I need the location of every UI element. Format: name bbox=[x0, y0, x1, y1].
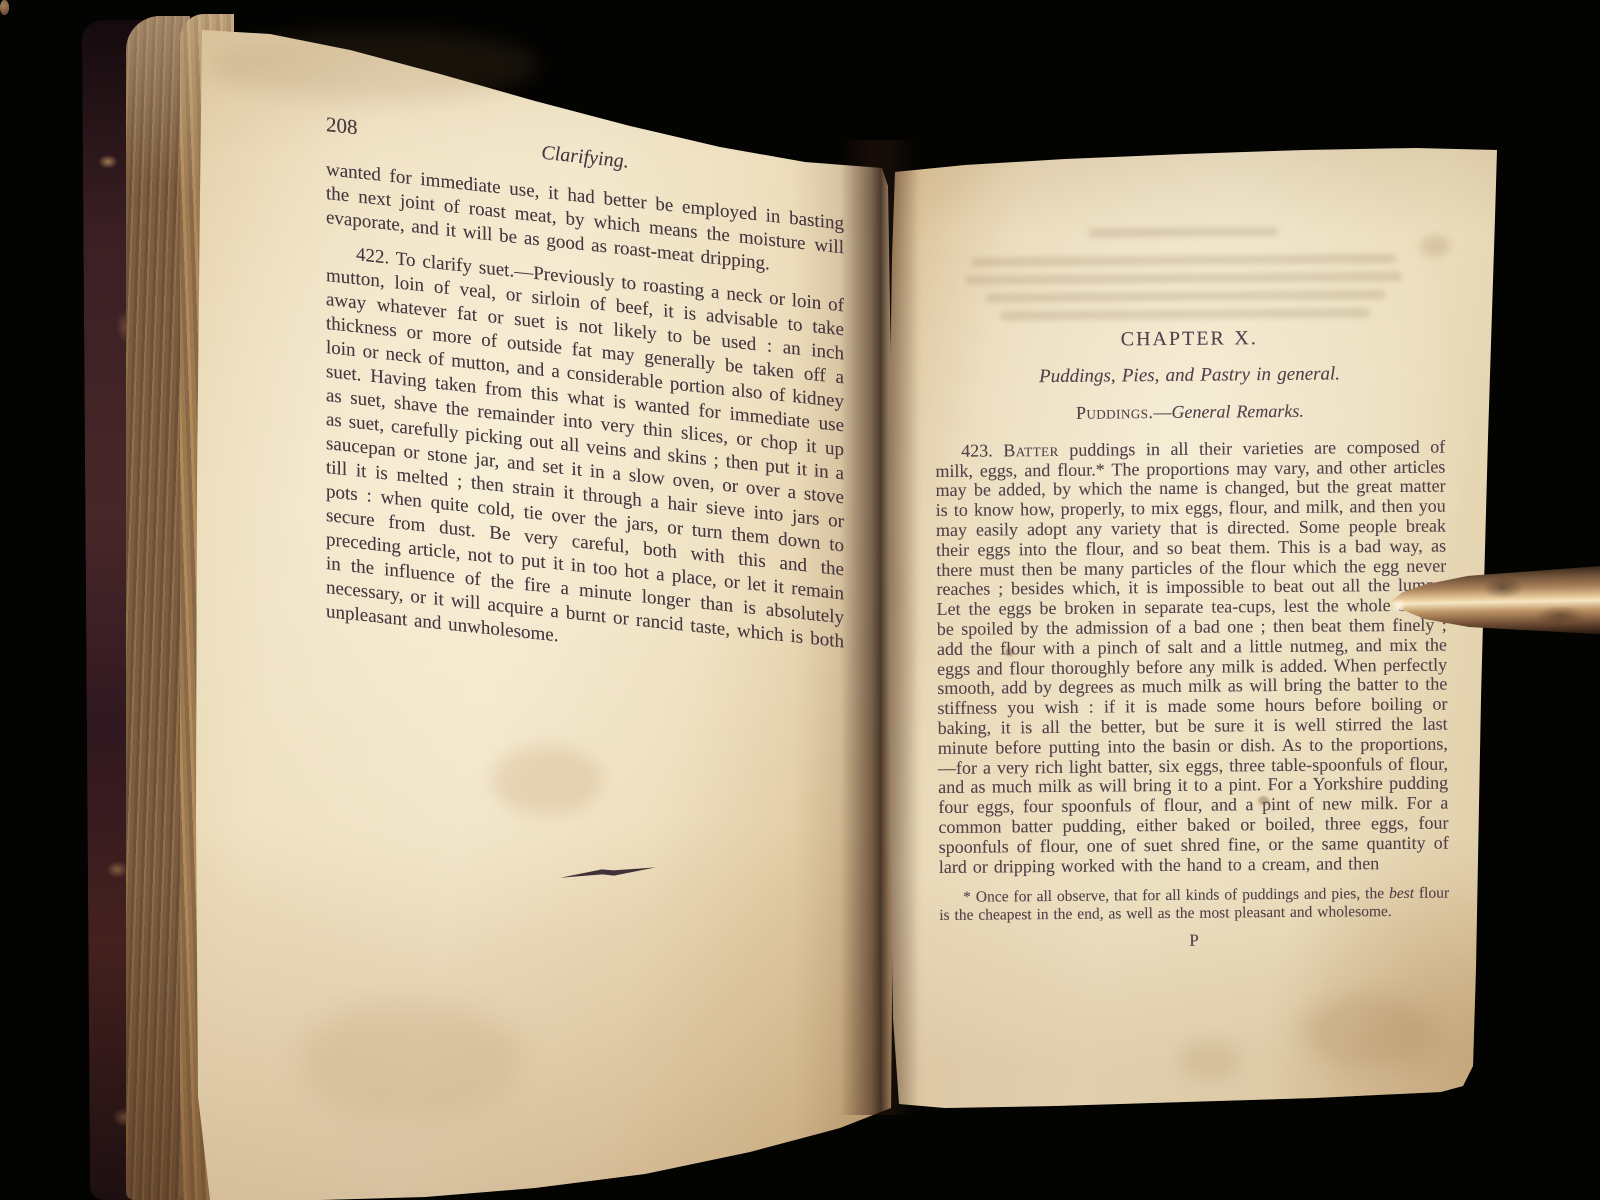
paragraph-lead-word: Batter bbox=[1003, 440, 1059, 460]
section-title: General Remarks. bbox=[1171, 401, 1304, 422]
footnote-italic-word: best bbox=[1389, 885, 1414, 902]
paragraph-clarify-suet: 422. To clarify suet.—Previously to roas… bbox=[326, 240, 844, 678]
footnote: * Once for all observe, that for all kin… bbox=[939, 885, 1449, 925]
pen-body bbox=[1389, 564, 1600, 640]
section-heading: Puddings.—General Remarks. bbox=[935, 397, 1445, 425]
ghost-line bbox=[972, 254, 1396, 267]
ghost-showthrough bbox=[933, 192, 1444, 326]
ghost-line bbox=[1000, 308, 1370, 320]
ghost-line bbox=[986, 290, 1386, 302]
chapter-heading: CHAPTER X. bbox=[934, 328, 1444, 352]
book-gutter-shadow bbox=[840, 140, 918, 1115]
paragraph-body: puddings in all their varieties are comp… bbox=[935, 436, 1448, 876]
stitch-mark bbox=[0, 0, 9, 15]
chapter-subtitle: Puddings, Pies, and Pastry in general. bbox=[934, 361, 1444, 389]
section-dash: — bbox=[1153, 402, 1171, 422]
right-page-text: CHAPTER X. Puddings, Pies, and Pastry in… bbox=[933, 192, 1450, 954]
pen-tip-glint bbox=[1391, 599, 1407, 611]
book-photo: 208 Clarifying. wanted for immediate use… bbox=[0, 0, 1600, 1200]
section-label: Puddings. bbox=[1076, 402, 1154, 423]
running-head-spacer bbox=[780, 160, 844, 167]
ghost-line bbox=[966, 272, 1402, 285]
left-page-text: 208 Clarifying. wanted for immediate use… bbox=[326, 112, 844, 678]
paragraph-batter-puddings: 423. Batter puddings in all their variet… bbox=[935, 437, 1449, 877]
paragraph-number: 423. bbox=[961, 440, 993, 460]
pen-pointer bbox=[1389, 564, 1600, 640]
ghost-line bbox=[1088, 227, 1278, 238]
